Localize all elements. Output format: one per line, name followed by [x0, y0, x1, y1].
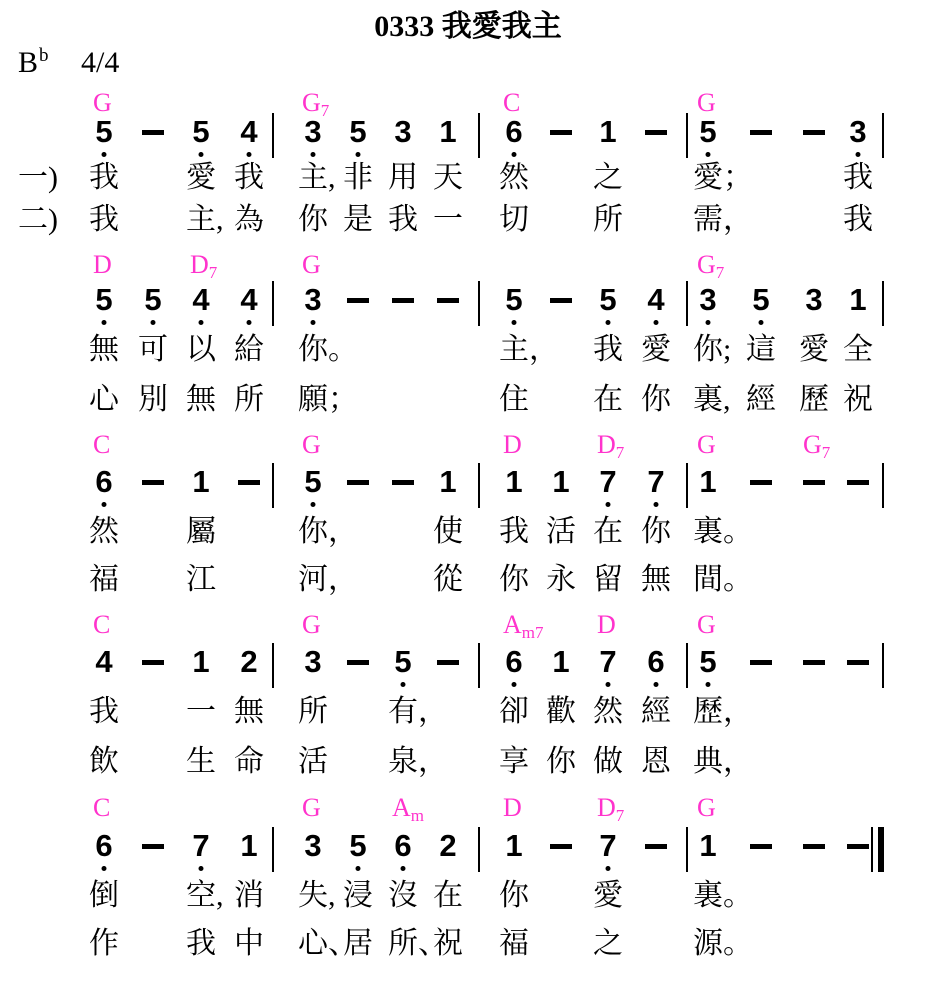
lyric-syllable: 給 [234, 334, 264, 366]
chord-label: G [697, 795, 716, 821]
lyric-syllable: 然 [499, 162, 529, 194]
lyric-syllable: 願； [298, 384, 358, 416]
chord-root: G [302, 430, 321, 459]
note-number: 1 [439, 466, 456, 497]
lyric-syllable: 然 [89, 516, 119, 548]
chord-root: G [697, 610, 716, 639]
lyric-syllable: 沒 [388, 880, 418, 912]
chord-label: G [697, 612, 716, 638]
low-octave-dot [706, 682, 711, 687]
lyric-syllable: 我 [89, 204, 119, 236]
barline [686, 463, 688, 508]
final-barline-thin [871, 827, 873, 872]
lyric-syllable: 在 [593, 516, 623, 548]
sheet-music-page: 0333 我愛我主 Bb 4/4 GG7CG55435316153一)我愛我主,… [0, 0, 936, 995]
lyric-syllable: 愛 [799, 334, 829, 366]
chord-subscript: 7 [616, 806, 625, 825]
note-number: 5 [349, 116, 366, 147]
chord-subscript: 7 [209, 263, 218, 282]
lyric-syllable: 一 [186, 696, 216, 728]
low-octave-dot [356, 866, 361, 871]
lyric-syllable: 永 [546, 564, 576, 596]
note-number: 1 [552, 646, 569, 677]
low-octave-dot [311, 152, 316, 157]
lyric-syllable: 福 [499, 928, 529, 960]
lyric-syllable: 裏。 [693, 516, 753, 548]
lyric-syllable: 祝 [843, 384, 873, 416]
lyric-syllable: 歷 [799, 384, 829, 416]
duration-dash [142, 844, 164, 849]
note-number: 6 [394, 830, 411, 861]
chord-root: G [302, 250, 321, 279]
note-number: 4 [192, 284, 209, 315]
note-number: 5 [394, 646, 411, 677]
lyric-syllable: 活 [298, 746, 328, 778]
lyric-syllable: 一 [433, 204, 463, 236]
note-number: 7 [647, 466, 664, 497]
lyric-syllable: 然 [593, 696, 623, 728]
lyric-syllable: 主, [186, 204, 224, 236]
lyric-syllable: 你 [298, 204, 328, 236]
chord-root: D [503, 430, 522, 459]
duration-dash [142, 480, 164, 485]
barline [272, 113, 274, 158]
lyric-syllable: 使 [433, 516, 463, 548]
lyric-syllable: 住 [499, 384, 529, 416]
chord-label: Am [392, 795, 424, 821]
low-octave-dot [512, 320, 517, 325]
chord-subscript: 7 [321, 101, 330, 120]
barline [478, 643, 480, 688]
lyric-syllable: 浸 [343, 880, 373, 912]
chord-root: C [93, 610, 110, 639]
lyric-syllable: 為 [234, 204, 264, 236]
lyric-syllable: 倒 [89, 880, 119, 912]
chord-root: G [697, 430, 716, 459]
lyric-syllable: 活 [546, 516, 576, 548]
duration-dash [847, 660, 869, 665]
duration-dash [142, 130, 164, 135]
chord-subscript: 7 [716, 263, 725, 282]
note-number: 6 [647, 646, 664, 677]
chord-root: C [93, 793, 110, 822]
lyric-syllable: 我 [843, 204, 873, 236]
lyric-syllable: 福 [89, 564, 119, 596]
duration-dash [750, 844, 772, 849]
low-octave-dot [654, 502, 659, 507]
chord-root: G [697, 250, 716, 279]
lyric-syllable: 命 [234, 746, 264, 778]
barline [686, 281, 688, 326]
low-octave-dot [311, 502, 316, 507]
low-octave-dot [512, 152, 517, 157]
chord-root: D [597, 610, 616, 639]
lyric-syllable: 我 [593, 334, 623, 366]
verse-number-label: 二) [18, 204, 58, 236]
chord-root: G [302, 88, 321, 117]
low-octave-dot [151, 320, 156, 325]
note-number: 3 [849, 116, 866, 147]
chord-root: D [597, 793, 616, 822]
lyric-syllable: 你。 [298, 334, 358, 366]
chord-root: A [503, 610, 522, 639]
lyric-syllable: 我 [89, 162, 119, 194]
lyric-syllable: 需， [693, 204, 753, 236]
note-number: 2 [240, 646, 257, 677]
note-number: 5 [699, 646, 716, 677]
chord-root: D [597, 430, 616, 459]
note-number: 6 [95, 466, 112, 497]
note-number: 5 [192, 116, 209, 147]
lyric-syllable: 屬 [186, 516, 216, 548]
lyric-syllable: 做 [593, 746, 623, 778]
chord-label: D [503, 432, 522, 458]
duration-dash [847, 480, 869, 485]
lyric-syllable: 享 [499, 746, 529, 778]
chord-root: G [302, 610, 321, 639]
lyric-syllable: 愛 [186, 162, 216, 194]
duration-dash [645, 844, 667, 849]
low-octave-dot [102, 866, 107, 871]
chord-label: G [302, 795, 321, 821]
note-number: 3 [699, 284, 716, 315]
note-number: 6 [505, 646, 522, 677]
low-octave-dot [401, 682, 406, 687]
low-octave-dot [606, 682, 611, 687]
duration-dash [550, 130, 572, 135]
barline [272, 643, 274, 688]
lyric-syllable: 全 [843, 334, 873, 366]
barline [272, 281, 274, 326]
lyric-syllable: 你 [499, 564, 529, 596]
end-barline [882, 113, 884, 158]
chord-label: G7 [302, 90, 329, 116]
low-octave-dot [706, 152, 711, 157]
duration-dash [142, 660, 164, 665]
chord-root: G [93, 88, 112, 117]
low-octave-dot [199, 320, 204, 325]
duration-dash [803, 480, 825, 485]
chord-label: D7 [190, 252, 217, 278]
lyric-syllable: 裏。 [693, 880, 753, 912]
note-number: 5 [349, 830, 366, 861]
note-number: 4 [95, 646, 112, 677]
duration-dash [437, 298, 459, 303]
lyric-syllable: 是 [343, 204, 373, 236]
note-number: 3 [304, 116, 321, 147]
lyric-syllable: 間。 [693, 564, 753, 596]
end-barline [882, 643, 884, 688]
low-octave-dot [856, 152, 861, 157]
lyric-syllable: 你 [499, 880, 529, 912]
lyric-syllable: 典， [693, 746, 753, 778]
note-number: 7 [599, 466, 616, 497]
low-octave-dot [199, 152, 204, 157]
chord-root: D [93, 250, 112, 279]
note-number: 5 [144, 284, 161, 315]
note-number: 1 [439, 116, 456, 147]
low-octave-dot [102, 502, 107, 507]
lyric-syllable: 空, [186, 880, 224, 912]
final-barline-thick [878, 827, 884, 872]
low-octave-dot [759, 320, 764, 325]
note-number: 4 [240, 116, 257, 147]
lyric-syllable: 作 [89, 928, 119, 960]
lyric-syllable: 經 [746, 384, 776, 416]
note-number: 7 [599, 646, 616, 677]
chord-label: G [302, 432, 321, 458]
chord-subscript: 7 [616, 443, 625, 462]
note-number: 1 [505, 466, 522, 497]
chord-label: C [93, 795, 110, 821]
lyric-syllable: 從 [433, 564, 463, 596]
lyric-syllable: 我 [234, 162, 264, 194]
chord-label: G [697, 90, 716, 116]
lyric-syllable: 愛 [593, 880, 623, 912]
barline [272, 827, 274, 872]
chord-label: C [93, 432, 110, 458]
key-signature: Bb 4/4 [18, 46, 119, 79]
note-number: 5 [505, 284, 522, 315]
lyric-syllable: 這 [746, 334, 776, 366]
lyric-syllable: 無 [186, 384, 216, 416]
chord-label: D [597, 612, 616, 638]
lyric-syllable: 消 [234, 880, 264, 912]
note-number: 5 [304, 466, 321, 497]
low-octave-dot [654, 682, 659, 687]
note-number: 3 [304, 646, 321, 677]
note-number: 1 [699, 830, 716, 861]
barline [686, 827, 688, 872]
chord-label: G [302, 252, 321, 278]
note-number: 5 [699, 116, 716, 147]
lyric-syllable: 天 [433, 162, 463, 194]
lyric-syllable: 我 [388, 204, 418, 236]
barline [478, 827, 480, 872]
lyric-syllable: 之 [593, 162, 623, 194]
chord-root: C [93, 430, 110, 459]
note-number: 3 [304, 284, 321, 315]
duration-dash [550, 298, 572, 303]
lyric-syllable: 我 [499, 516, 529, 548]
note-number: 1 [599, 116, 616, 147]
lyric-syllable: 你 [641, 516, 671, 548]
duration-dash [238, 480, 260, 485]
lyric-syllable: 裏, [693, 384, 731, 416]
chord-label: C [93, 612, 110, 638]
low-octave-dot [606, 866, 611, 871]
low-octave-dot [706, 320, 711, 325]
chord-root: G [803, 430, 822, 459]
low-octave-dot [102, 320, 107, 325]
duration-dash [803, 130, 825, 135]
chord-label: G [302, 612, 321, 638]
duration-dash [437, 660, 459, 665]
lyric-syllable: 切 [499, 204, 529, 236]
chord-root: G [302, 793, 321, 822]
barline [272, 463, 274, 508]
chord-subscript: 7 [822, 443, 831, 462]
lyric-syllable: 歡 [546, 696, 576, 728]
lyric-syllable: 之 [593, 928, 623, 960]
barline [478, 113, 480, 158]
barline [478, 281, 480, 326]
duration-dash [750, 660, 772, 665]
note-number: 7 [599, 830, 616, 861]
chord-label: C [503, 90, 520, 116]
chord-root: D [503, 793, 522, 822]
note-number: 6 [505, 116, 522, 147]
lyric-syllable: 所 [234, 384, 264, 416]
lyric-syllable: 以 [186, 334, 216, 366]
low-octave-dot [512, 682, 517, 687]
barline [478, 463, 480, 508]
note-number: 1 [192, 466, 209, 497]
note-number: 4 [240, 284, 257, 315]
chord-label: G [93, 90, 112, 116]
lyric-syllable: 在 [593, 384, 623, 416]
lyric-syllable: 我 [843, 162, 873, 194]
note-number: 5 [599, 284, 616, 315]
low-octave-dot [102, 152, 107, 157]
note-number: 4 [647, 284, 664, 315]
lyric-syllable: 無 [641, 564, 671, 596]
low-octave-dot [247, 320, 252, 325]
note-number: 5 [752, 284, 769, 315]
lyric-syllable: 留 [593, 564, 623, 596]
lyric-syllable: 你; [693, 334, 731, 366]
lyric-syllable: 恩 [641, 746, 671, 778]
chord-label: D7 [597, 795, 624, 821]
note-number: 5 [95, 116, 112, 147]
lyric-syllable: 我 [186, 928, 216, 960]
chord-label: D [93, 252, 112, 278]
low-octave-dot [311, 320, 316, 325]
lyric-syllable: 在 [433, 880, 463, 912]
low-octave-dot [606, 320, 611, 325]
duration-dash [803, 660, 825, 665]
chord-label: D [503, 795, 522, 821]
duration-dash [803, 844, 825, 849]
lyric-syllable: 居 [343, 928, 373, 960]
chord-root: C [503, 88, 520, 117]
low-octave-dot [606, 502, 611, 507]
lyric-syllable: 中 [234, 928, 264, 960]
time-signature: 4/4 [81, 46, 119, 79]
lyric-syllable: 你， [298, 516, 358, 548]
chord-root: A [392, 793, 411, 822]
lyric-syllable: 你 [641, 384, 671, 416]
chord-label: G [697, 432, 716, 458]
lyric-syllable: 所 [298, 696, 328, 728]
lyric-syllable: 祝 [433, 928, 463, 960]
chord-subscript: m [411, 806, 424, 825]
note-number: 3 [394, 116, 411, 147]
chord-label: D7 [597, 432, 624, 458]
lyric-syllable: 愛 [641, 334, 671, 366]
low-octave-dot [401, 866, 406, 871]
lyric-syllable: 別 [138, 384, 168, 416]
lyric-syllable: 卻 [499, 696, 529, 728]
lyric-syllable: 失, [298, 880, 336, 912]
duration-dash [847, 844, 869, 849]
note-number: 1 [552, 466, 569, 497]
note-number: 3 [805, 284, 822, 315]
lyric-syllable: 源。 [693, 928, 753, 960]
low-octave-dot [247, 152, 252, 157]
note-number: 1 [240, 830, 257, 861]
low-octave-dot [356, 152, 361, 157]
song-title: 0333 我愛我主 [0, 10, 936, 43]
duration-dash [392, 298, 414, 303]
chord-label: G7 [803, 432, 830, 458]
note-number: 3 [304, 830, 321, 861]
note-number: 2 [439, 830, 456, 861]
note-number: 1 [849, 284, 866, 315]
lyric-syllable: 心 [89, 384, 119, 416]
note-number: 6 [95, 830, 112, 861]
lyric-syllable: 飲 [89, 746, 119, 778]
lyric-syllable: 你 [546, 746, 576, 778]
lyric-syllable: 有， [388, 696, 448, 728]
lyric-syllable: 我 [89, 696, 119, 728]
barline [686, 113, 688, 158]
flat-sign: b [39, 45, 49, 66]
duration-dash [550, 844, 572, 849]
key-root: Bb [18, 46, 48, 79]
lyric-syllable: 可 [138, 334, 168, 366]
lyric-syllable: 經 [641, 696, 671, 728]
duration-dash [347, 660, 369, 665]
duration-dash [750, 480, 772, 485]
lyric-syllable: 無 [234, 696, 264, 728]
note-number: 7 [192, 830, 209, 861]
barline [686, 643, 688, 688]
end-barline [882, 281, 884, 326]
chord-subscript: m7 [522, 623, 544, 642]
lyric-syllable: 用 [388, 162, 418, 194]
lyric-syllable: 河， [298, 564, 358, 596]
verse-number-label: 一) [18, 162, 58, 194]
duration-dash [645, 130, 667, 135]
duration-dash [392, 480, 414, 485]
lyric-syllable: 所 [593, 204, 623, 236]
duration-dash [750, 130, 772, 135]
lyric-syllable: 生 [186, 746, 216, 778]
chord-root: D [190, 250, 209, 279]
lyric-syllable: 愛； [693, 162, 753, 194]
note-number: 5 [95, 284, 112, 315]
lyric-syllable: 泉， [388, 746, 448, 778]
key-root-letter: B [18, 46, 38, 79]
chord-root: G [697, 88, 716, 117]
chord-root: G [697, 793, 716, 822]
low-octave-dot [199, 866, 204, 871]
low-octave-dot [654, 320, 659, 325]
note-number: 1 [192, 646, 209, 677]
duration-dash [347, 480, 369, 485]
chord-label: G7 [697, 252, 724, 278]
lyric-syllable: 主, [298, 162, 336, 194]
end-barline [882, 463, 884, 508]
duration-dash [347, 298, 369, 303]
lyric-syllable: 非 [343, 162, 373, 194]
lyric-syllable: 歷， [693, 696, 753, 728]
lyric-syllable: 江 [186, 564, 216, 596]
note-number: 1 [699, 466, 716, 497]
note-number: 1 [505, 830, 522, 861]
lyric-syllable: 無 [89, 334, 119, 366]
